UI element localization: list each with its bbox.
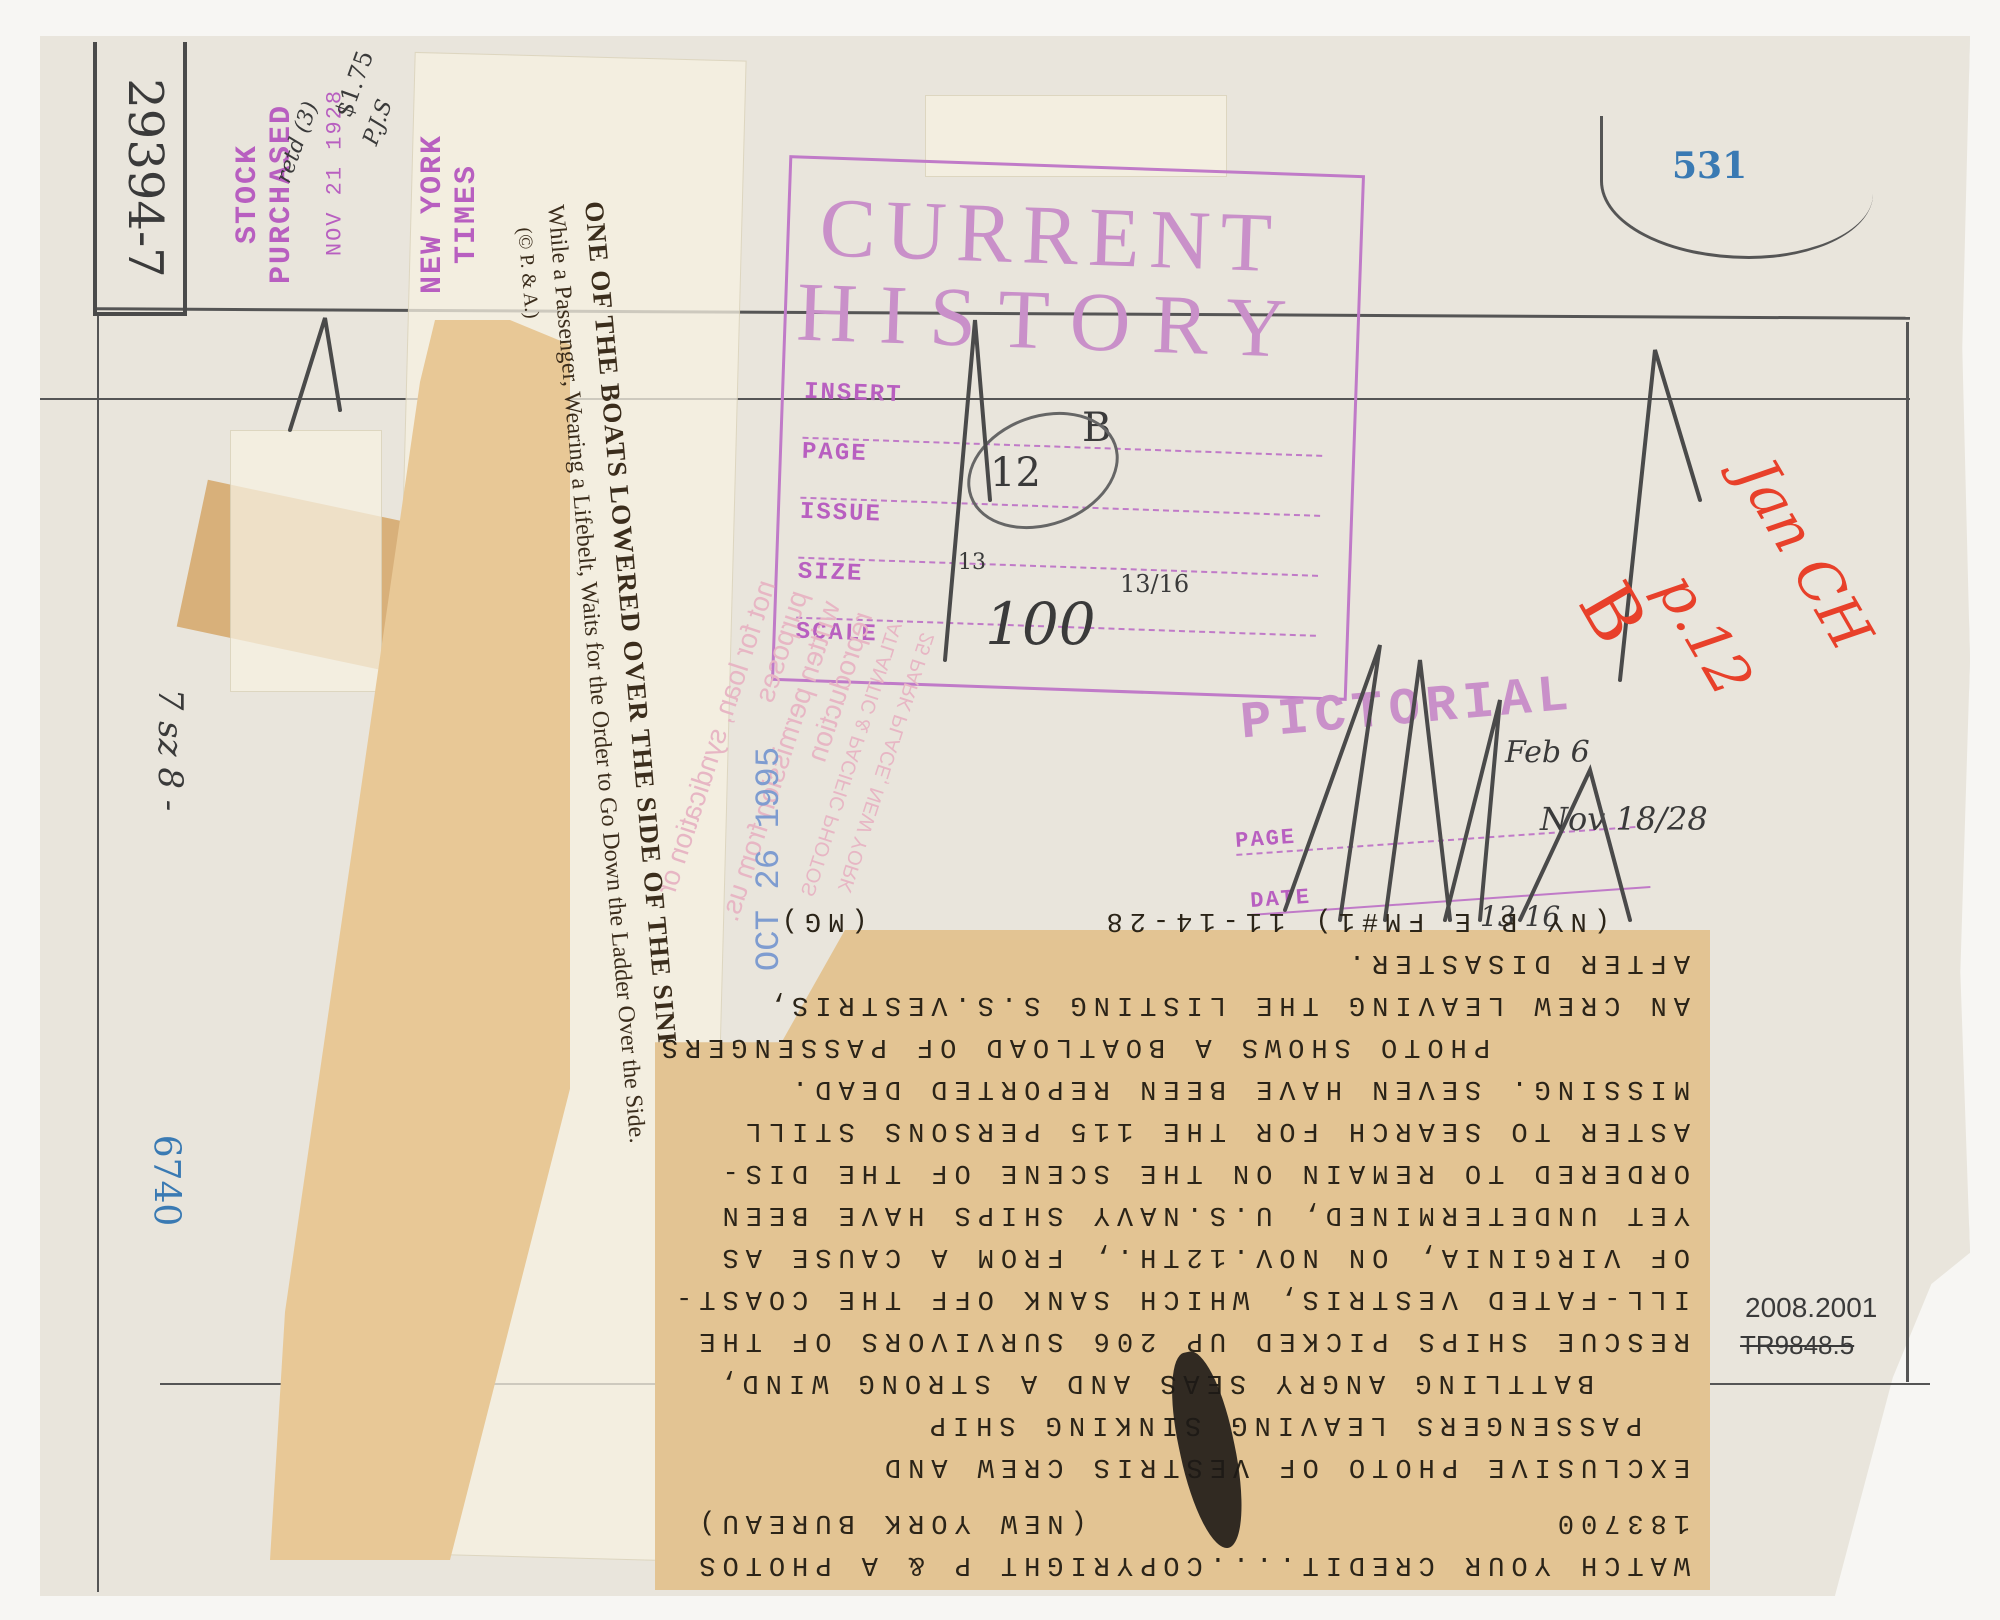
accession-number: 2008.2001	[1745, 1292, 1877, 1324]
typed-line: MISSING. SEVEN HAVE BEEN REPORTED DEAD.	[700, 1067, 1690, 1109]
typed-line: ORDERED TO REMAIN ON THE SCENE OF THE DI…	[700, 1151, 1690, 1193]
typed-line: OF VIRGINIA, ON NOV.12TH., FROM A CAUSE …	[700, 1235, 1690, 1277]
typed-line: WATCH YOUR CREDIT....COPYRIGHT P & A PHO…	[700, 1543, 1690, 1585]
old-accession-number: TR9848.5	[1740, 1330, 1854, 1361]
typed-line: PASSENGERS LEAVING SINKING SHIP	[700, 1403, 1642, 1445]
typed-line: ASTER TO SEARCH FOR THE 115 PERSONS STIL…	[700, 1109, 1690, 1151]
typed-line: (NY B E FM#1) 11-14-28 (MG)	[700, 899, 1610, 941]
typed-line: PHOTO SHOWS A BOATLOAD OF PASSENGERS	[700, 1025, 1490, 1067]
typed-line: YET UNDETERMINED, U.S.NAVY SHIPS HAVE BE…	[700, 1193, 1690, 1235]
typed-line: AN CREW LEAVING THE LISTING S.S.VESTRIS,	[700, 983, 1690, 1025]
typed-line: AFTER DISASTER.	[700, 941, 1690, 983]
typed-line: BATTLING ANGRY SEAS AND A STRONG WIND,	[700, 1361, 1594, 1403]
typed-line: ILL-FATED VESTRIS, WHICH SANK OFF THE CO…	[700, 1277, 1690, 1319]
